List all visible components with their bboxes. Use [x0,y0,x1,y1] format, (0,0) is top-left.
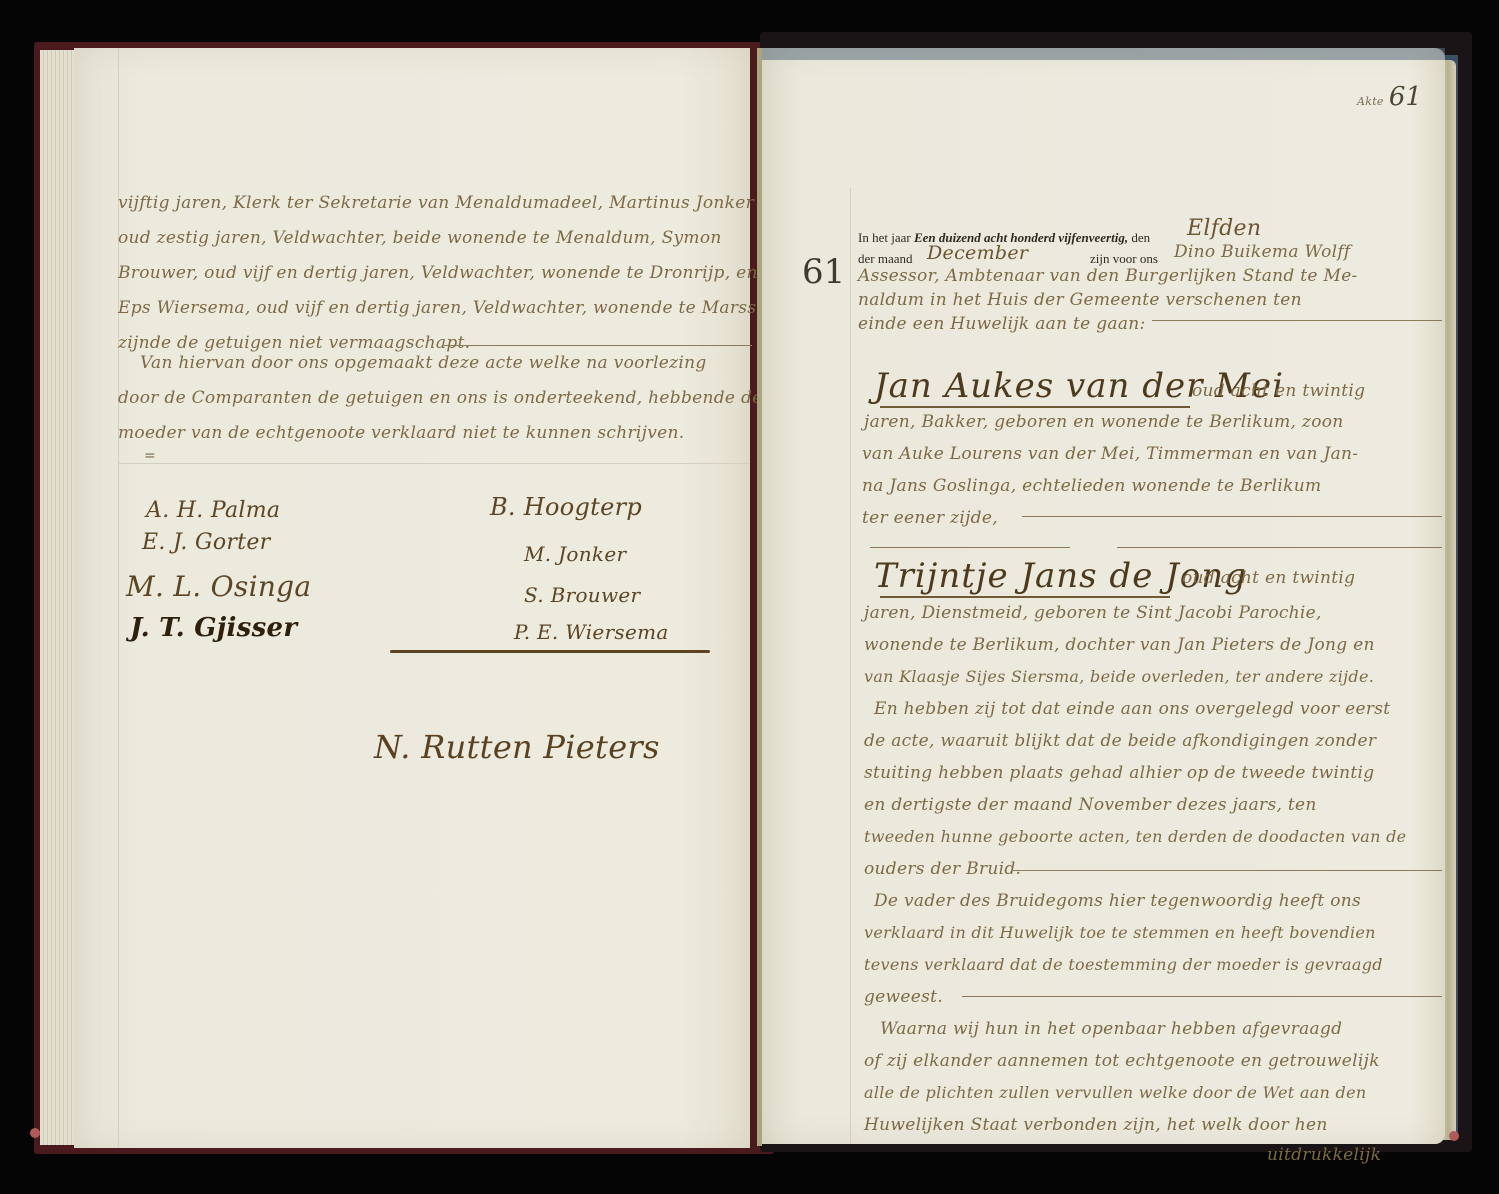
line-filler-rule [444,345,752,346]
signature: B. Hoogterp [490,493,642,521]
text-line: ouders der Bruid. [864,859,1021,879]
text-line: oud acht en twintig [1192,381,1365,401]
text-line: van Auke Lourens van der Mei, Timmerman … [862,444,1358,464]
text-line: Assessor, Ambtenaar van den Burgerlijken… [858,266,1358,286]
text-line: na Jans Goslinga, echtelieden wonende te… [862,476,1321,496]
signature: P. E. Wiersema [514,620,669,644]
small-mark: = [144,448,156,464]
right-page: Akte 61 61 In het jaar Een duizend acht … [762,48,1445,1144]
text-line: einde een Huwelijk aan te gaan: [858,314,1146,334]
catchword: uitdrukkelijk [1267,1145,1381,1165]
handwritten-day: Elfden [1187,216,1261,241]
text-line: Eps Wiersema, oud vijf en dertig jaren, … [118,298,790,318]
printed-den: den [1131,230,1150,245]
folio-label: Akte [1357,95,1384,108]
text-line: de acte, waaruit blijkt dat de beide afk… [864,731,1376,751]
groom-name-underline [880,406,1190,408]
text-line: Dino Buikema Wolff [1174,242,1351,262]
text-line: Waarna wij hun in het openbaar hebben af… [880,1019,1342,1039]
scan-background: vijftig jaren, Klerk ter Sekretarie van … [0,0,1499,1194]
signature: M. Jonker [524,542,626,566]
signature: A. H. Palma [146,498,280,523]
line-filler-rule [1012,870,1442,871]
line-filler-rule [1152,320,1442,321]
text-line: naldum in het Huis der Gemeente verschen… [858,290,1302,310]
text-line: stuiting hebben plaats gehad alhier op d… [864,763,1374,783]
signature-underline [390,650,710,653]
line-filler-rule [962,996,1442,997]
section-divider [118,463,750,464]
page-top-edge [762,48,1445,60]
text-line: zijnde de getuigen niet vermaagschapt. [118,333,470,353]
text-line: Brouwer, oud vijf en dertig jaren, Veldw… [118,263,817,283]
text-line: vijftig jaren, Klerk ter Sekretarie van … [118,193,754,213]
text-line: alle de plichten zullen vervullen welke … [864,1083,1366,1102]
text-line: wonende te Berlikum, dochter van Jan Pie… [864,635,1375,655]
printed-voor-ons: zijn voor ons [1090,251,1158,267]
binding-corner-right [1449,1131,1459,1141]
section-separator [1117,547,1442,548]
text-line: jaren, Dienstmeid, geboren te Sint Jacob… [864,603,1322,623]
text-line: oud zestig jaren, Veldwachter, beide won… [118,228,722,248]
text-line: moeder van de echtgenoote verklaard niet… [118,423,684,443]
printed-month-label: der maand [858,251,913,267]
left-margin-line [118,48,119,1148]
text-line: en dertigste der maand November dezes ja… [864,795,1317,815]
text-line: Van hiervan door ons opgemaakt deze acte… [140,353,707,373]
signature: E. J. Gorter [142,530,270,555]
handwritten-month: December [927,242,1028,264]
signature: M. L. Osinga [126,570,311,603]
section-separator [870,547,1070,548]
printed-prefix: In het jaar [858,230,911,245]
margin-act-number: 61 [802,252,845,292]
right-margin-line [850,188,851,1144]
folio-value: 61 [1389,82,1422,112]
left-page: vijftig jaren, Klerk ter Sekretarie van … [74,48,750,1148]
official-signature: N. Rutten Pieters [374,728,660,766]
text-line: tevens verklaard dat de toestemming der … [864,955,1383,974]
text-line: geweest. [864,987,943,1007]
text-line: De vader des Bruidegoms hier tegenwoordi… [874,891,1361,911]
bride-name-underline [880,596,1170,598]
text-line: verklaard in dit Huwelijk toe te stemmen… [864,923,1376,942]
text-line: Huwelijken Staat verbonden zijn, het wel… [864,1115,1328,1135]
text-line: jaren, Bakker, geboren en wonende te Ber… [864,412,1344,432]
text-line: ter eener zijde, [862,508,998,528]
binding-corner-left [30,1128,40,1138]
line-filler-rule [1022,516,1442,517]
text-line: En hebben zij tot dat einde aan ons over… [874,699,1390,719]
folio-number: Akte 61 [1357,82,1422,112]
signature: S. Brouwer [524,583,640,607]
signature: J. T. Gjisser [130,613,297,643]
text-line: door de Comparanten de getuigen en ons i… [118,388,763,408]
text-line: oud acht en twintig [1182,568,1355,588]
text-line: van Klaasje Sijes Siersma, beide overled… [864,667,1374,686]
text-line: of zij elkander aannemen tot echtgenoote… [864,1051,1380,1071]
text-line: tweeden hunne geboorte acten, ten derden… [864,827,1406,846]
